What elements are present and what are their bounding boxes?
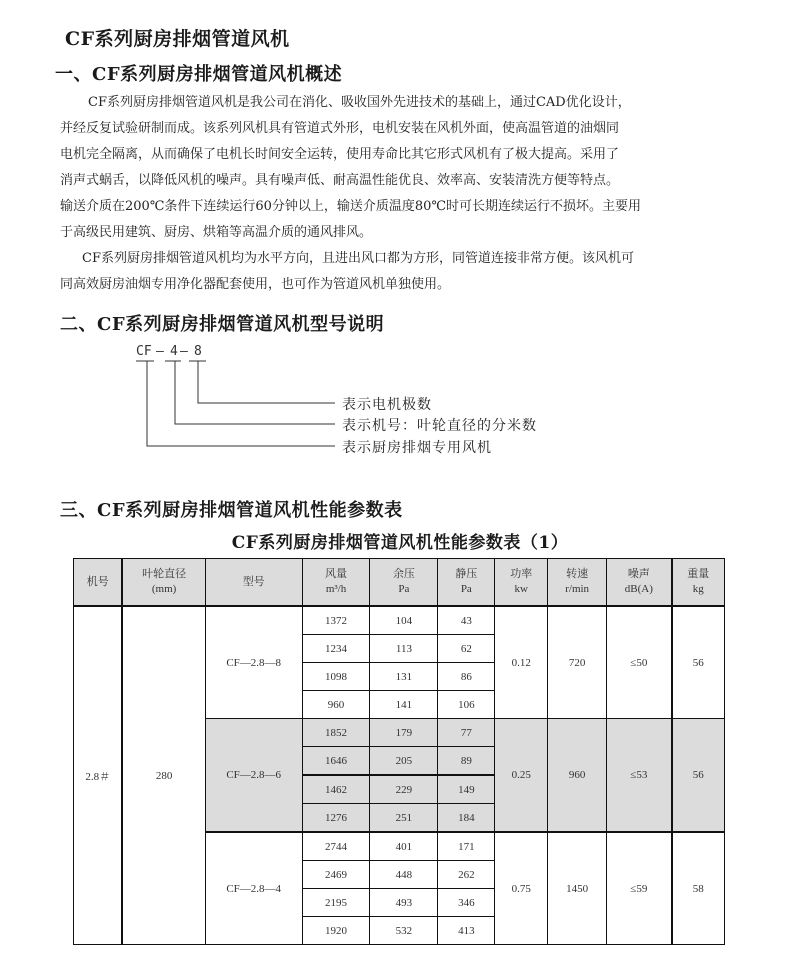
cell-machine-no: 2.8＃ (74, 606, 123, 945)
col-flow: 风量m³/h (302, 559, 370, 607)
cell-static: 262 (438, 861, 495, 889)
label-motor-poles: 表示电机极数 (342, 394, 432, 414)
cell-flow: 1920 (302, 917, 370, 945)
cell-residual: 131 (370, 663, 438, 691)
cell-static: 77 (438, 719, 495, 747)
cell-power: 0.25 (495, 719, 548, 833)
table-title: CF系列厨房排烟管道风机性能参数表（1） (0, 528, 800, 553)
cell-static: 62 (438, 635, 495, 663)
cell-model: CF—2.8—8 (205, 606, 302, 719)
para-line: 同高效厨房油烟专用净化器配套使用，也可作为管道风机单独使用。 (60, 272, 740, 298)
cell-weight: 58 (672, 832, 725, 945)
cell-static: 106 (438, 691, 495, 719)
cell-impeller-diameter: 280 (122, 606, 205, 945)
cell-flow: 1276 (302, 804, 370, 833)
cell-static: 413 (438, 917, 495, 945)
cell-speed: 720 (548, 606, 607, 719)
col-speed: 转速r/min (548, 559, 607, 607)
cell-static: 89 (438, 747, 495, 776)
performance-table: 机号 叶轮直径(mm) 型号 风量m³/h 余压Pa 静压Pa 功率kw 转速r… (73, 558, 725, 945)
section2-heading: 二、CF系列厨房排烟管道风机型号说明 (60, 310, 384, 336)
cell-static: 149 (438, 775, 495, 804)
cell-residual: 251 (370, 804, 438, 833)
cell-flow: 1852 (302, 719, 370, 747)
cell-residual: 179 (370, 719, 438, 747)
col-static-pressure: 静压Pa (438, 559, 495, 607)
col-power: 功率kw (495, 559, 548, 607)
cell-residual: 141 (370, 691, 438, 719)
cell-noise: ≤53 (607, 719, 672, 833)
cell-model: CF—2.8—4 (205, 832, 302, 945)
para-line: CF系列厨房排烟管道风机是我公司在消化、吸收国外先进技术的基础上，通过CAD优化… (60, 90, 740, 116)
label-machine-number: 表示机号：叶轮直径的分米数 (342, 415, 537, 435)
section1-heading: 一、CF系列厨房排烟管道风机概述 (55, 60, 342, 86)
label-kitchen-fan: 表示厨房排烟专用风机 (342, 437, 492, 457)
col-machine-no: 机号 (74, 559, 123, 607)
cell-residual: 104 (370, 606, 438, 635)
table-header-row: 机号 叶轮直径(mm) 型号 风量m³/h 余压Pa 静压Pa 功率kw 转速r… (74, 559, 725, 607)
para-line: CF系列厨房排烟管道风机均为水平方向，且进出风口都为方形，同管道连接非常方便。该… (60, 246, 740, 272)
cell-flow: 2744 (302, 832, 370, 861)
cell-speed: 960 (548, 719, 607, 833)
cell-residual: 113 (370, 635, 438, 663)
cell-model: CF—2.8—6 (205, 719, 302, 833)
cell-residual: 205 (370, 747, 438, 776)
cell-flow: 1372 (302, 606, 370, 635)
cell-residual: 401 (370, 832, 438, 861)
cell-residual: 493 (370, 889, 438, 917)
cell-power: 0.12 (495, 606, 548, 719)
cell-flow: 1234 (302, 635, 370, 663)
cell-flow: 2469 (302, 861, 370, 889)
cell-flow: 1462 (302, 775, 370, 804)
para-line: 并经反复试验研制而成。该系列风机具有管道式外形，电机安装在风机外面，使高温管道的… (60, 116, 740, 142)
cell-static: 43 (438, 606, 495, 635)
table-row: 2.8＃ 280 CF—2.8—8 1372 104 43 0.12 720 ≤… (74, 606, 725, 635)
cell-power: 0.75 (495, 832, 548, 945)
cell-flow: 2195 (302, 889, 370, 917)
cell-static: 184 (438, 804, 495, 833)
overview-paragraph-2: CF系列厨房排烟管道风机均为水平方向，且进出风口都为方形，同管道连接非常方便。该… (60, 246, 740, 298)
cell-residual: 229 (370, 775, 438, 804)
col-residual-pressure: 余压Pa (370, 559, 438, 607)
cell-weight: 56 (672, 719, 725, 833)
cell-noise: ≤50 (607, 606, 672, 719)
overview-paragraph-1: CF系列厨房排烟管道风机是我公司在消化、吸收国外先进技术的基础上，通过CAD优化… (60, 90, 740, 246)
cell-flow: 1646 (302, 747, 370, 776)
col-weight: 重量kg (672, 559, 725, 607)
cell-weight: 56 (672, 606, 725, 719)
para-line: 消声式蜗舌，以降低风机的噪声。具有噪声低、耐高温性能优良、效率高、安装清洗方便等… (60, 168, 740, 194)
cell-residual: 448 (370, 861, 438, 889)
cell-static: 171 (438, 832, 495, 861)
para-line: 于高级民用建筑、厨房、烘箱等高温介质的通风排风。 (60, 220, 740, 246)
cell-static: 86 (438, 663, 495, 691)
model-code-diagram: CF — 4 — 8 表示电机极数 表示机号：叶轮直径的分米数 表示厨房排烟专用… (120, 340, 580, 460)
cell-flow: 1098 (302, 663, 370, 691)
cell-flow: 960 (302, 691, 370, 719)
cell-noise: ≤59 (607, 832, 672, 945)
col-noise: 噪声dB(A) (607, 559, 672, 607)
cell-static: 346 (438, 889, 495, 917)
cell-residual: 532 (370, 917, 438, 945)
para-line: 电机完全隔离，从而确保了电机长时间安全运转，使用寿命比其它形式风机有了极大提高。… (60, 142, 740, 168)
section3-heading: 三、CF系列厨房排烟管道风机性能参数表 (60, 496, 403, 522)
cell-speed: 1450 (548, 832, 607, 945)
para-line: 输送介质在200℃条件下连续运行60分钟以上，输送介质温度80℃时可长期连续运行… (60, 194, 740, 220)
document-title: CF系列厨房排烟管道风机 (65, 24, 290, 51)
col-model: 型号 (205, 559, 302, 607)
col-impeller-diameter: 叶轮直径(mm) (122, 559, 205, 607)
